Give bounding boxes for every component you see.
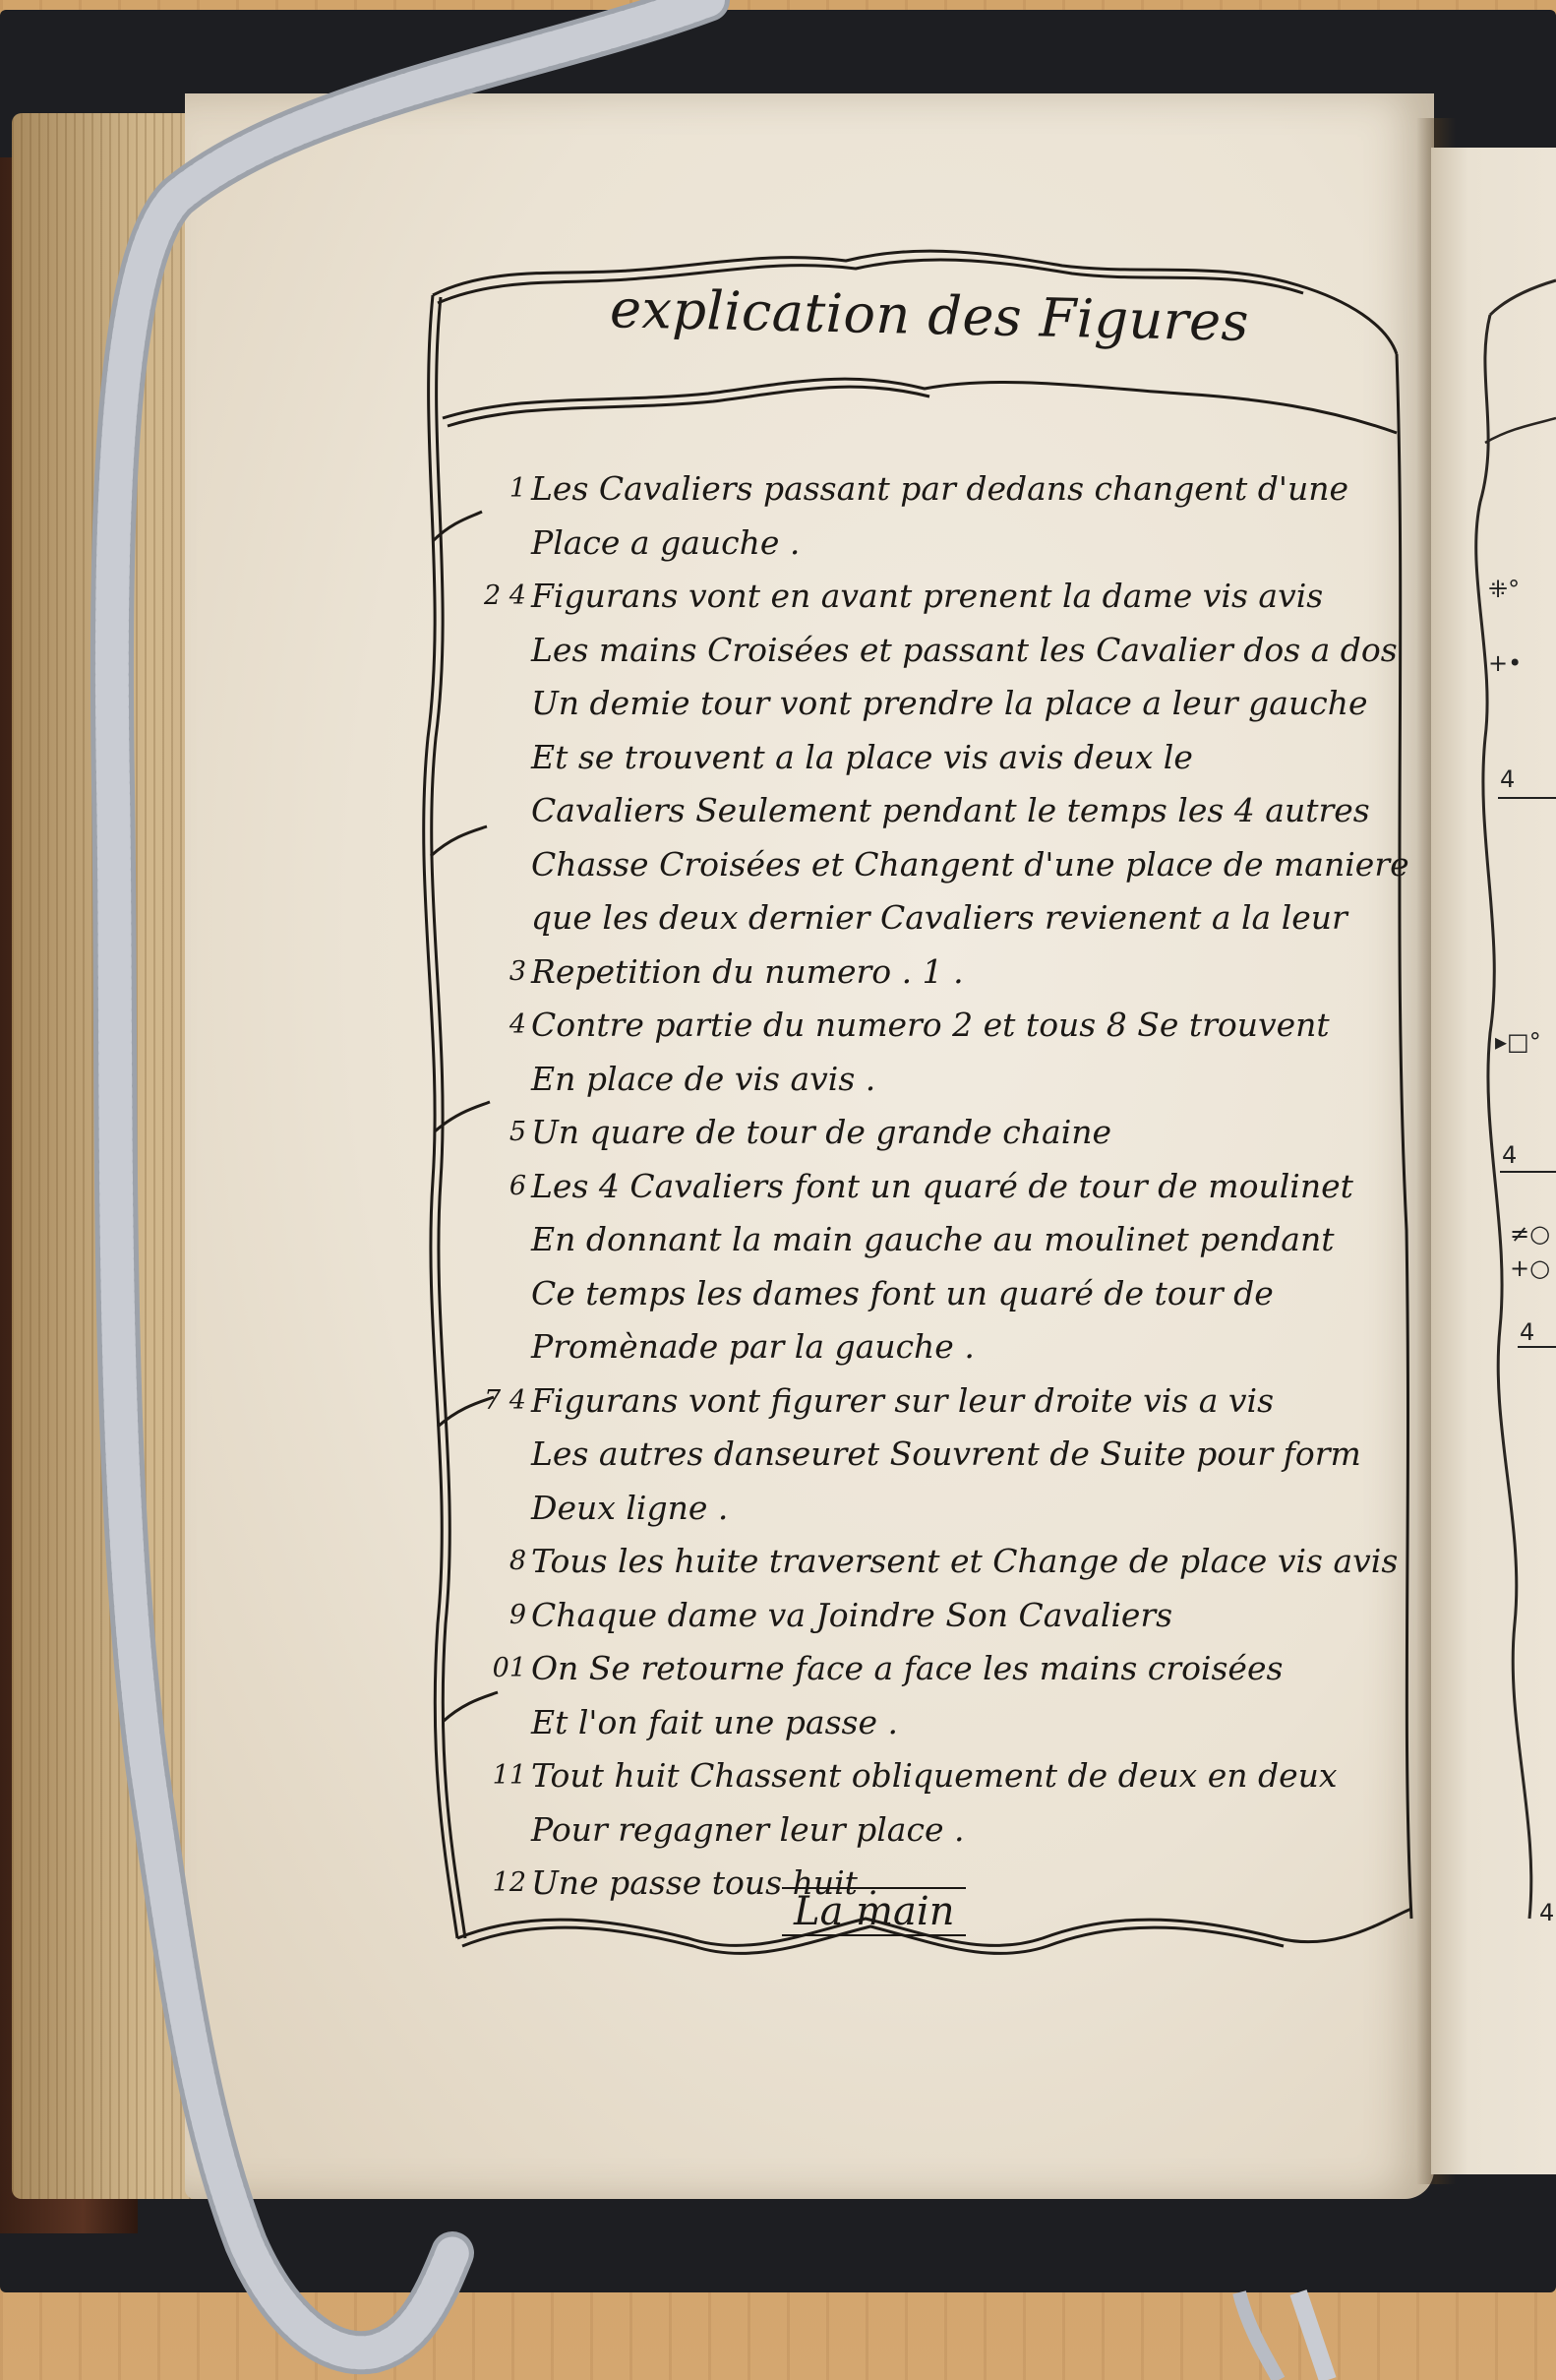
list-item-continuation: Et l'on fait une passe .: [448, 1696, 1421, 1750]
entry-number: 5: [448, 1106, 526, 1159]
entry-text: Figurans vont figurer sur leur droite vi…: [531, 1374, 1274, 1428]
right-page-frame: [1431, 148, 1556, 2174]
entry-text: En donnant la main gauche au moulinet pe…: [531, 1213, 1335, 1266]
list-item-continuation: Ce temps les dames font un quaré de tour…: [448, 1267, 1421, 1321]
entry-text: En place de vis avis .: [531, 1053, 875, 1106]
entry-text: Repetition du numero . 1 .: [531, 946, 964, 999]
entry-number: 6: [448, 1160, 526, 1213]
entry-number: 01: [448, 1642, 526, 1695]
entry-text: On Se retourne face a face les mains cro…: [531, 1642, 1283, 1695]
entry-text: Promènade par la gauche .: [531, 1320, 975, 1373]
entry-text: Et se trouvent a la place vis avis deux …: [531, 731, 1193, 784]
list-item: 1 Les Cavaliers passant par dedans chang…: [448, 462, 1421, 517]
entry-text: Les Cavaliers passant par dedans changen…: [531, 462, 1348, 516]
entry-number: 1: [448, 462, 526, 516]
entry-text: Pour regagner leur place .: [531, 1803, 964, 1857]
entry-text: Les 4 Cavaliers font un quaré de tour de…: [531, 1160, 1353, 1213]
list-item: 3 Repetition du numero . 1 .: [448, 946, 1421, 1000]
entry-text: Cavaliers Seulement pendant le temps les…: [531, 784, 1370, 837]
entry-text: Chasse Croisées et Changent d'une place …: [531, 838, 1409, 891]
list-item: 11 Tout huit Chassent obliquement de deu…: [448, 1749, 1421, 1803]
entry-text: Place a gauche .: [531, 517, 800, 570]
entry-number: 2 4: [448, 570, 526, 623]
entry-text: Figurans vont en avant prenent la dame v…: [531, 570, 1323, 623]
list-item-continuation: Pour regagner leur place .: [448, 1803, 1421, 1858]
list-item-continuation: En place de vis avis .: [448, 1053, 1421, 1107]
list-item-continuation: que les deux dernier Cavaliers revienent…: [448, 891, 1421, 946]
list-item-continuation: Les mains Croisées et passant les Cavali…: [448, 624, 1421, 678]
list-item-continuation: Promènade par la gauche .: [448, 1320, 1421, 1374]
entry-number: 4: [448, 999, 526, 1052]
list-item: 9 Chaque dame va Joindre Son Cavaliers: [448, 1589, 1421, 1643]
list-item-continuation: Place a gauche .: [448, 517, 1421, 571]
entry-text: Et l'on fait une passe .: [531, 1696, 898, 1749]
list-item: 4 Contre partie du numero 2 et tous 8 Se…: [448, 999, 1421, 1053]
list-item: 7 4 Figurans vont figurer sur leur droit…: [448, 1374, 1421, 1429]
list-item-continuation: Chasse Croisées et Changent d'une place …: [448, 838, 1421, 892]
closing-heading: La main: [782, 1887, 966, 1936]
entry-text: Deux ligne .: [531, 1482, 728, 1535]
list-item-continuation: En donnant la main gauche au moulinet pe…: [448, 1213, 1421, 1267]
list-item-continuation: Cavaliers Seulement pendant le temps les…: [448, 784, 1421, 838]
entry-text: Chaque dame va Joindre Son Cavaliers: [531, 1589, 1172, 1642]
entry-text: Un quare de tour de grande chaine: [531, 1106, 1111, 1159]
entry-text: Les mains Croisées et passant les Cavali…: [531, 624, 1398, 677]
list-item-continuation: Un demie tour vont prendre la place a le…: [448, 677, 1421, 731]
entry-number: 3: [448, 946, 526, 999]
figure-explanations-list: 1 Les Cavaliers passant par dedans chang…: [448, 462, 1421, 1911]
entry-text: Contre partie du numero 2 et tous 8 Se t…: [531, 999, 1330, 1052]
entry-text: Tout huit Chassent obliquement de deux e…: [531, 1749, 1338, 1802]
list-item: 5 Un quare de tour de grande chaine: [448, 1106, 1421, 1160]
list-item: 6 Les 4 Cavaliers font un quaré de tour …: [448, 1160, 1421, 1214]
entry-text: que les deux dernier Cavaliers revienent…: [531, 891, 1347, 945]
entry-number: 8: [448, 1535, 526, 1588]
entry-number: 11: [448, 1749, 526, 1802]
list-item: 8 Tous les huite traversent et Change de…: [448, 1535, 1421, 1589]
list-item-continuation: Les autres danseuret Souvrent de Suite p…: [448, 1428, 1421, 1482]
list-item: 2 4 Figurans vont en avant prenent la da…: [448, 570, 1421, 624]
right-page: ⁜° +• 4 ▸□° 4 ≠○ +○ 4 4: [1431, 148, 1556, 2174]
entry-text: Tous les huite traversent et Change de p…: [531, 1535, 1398, 1588]
entry-number: 9: [448, 1589, 526, 1642]
entry-number: 12: [448, 1857, 526, 1910]
list-item-continuation: Et se trouvent a la place vis avis deux …: [448, 731, 1421, 785]
entry-text: Ce temps les dames font un quaré de tour…: [531, 1267, 1274, 1320]
entry-number: 7 4: [448, 1374, 526, 1428]
list-item: 01 On Se retourne face a face les mains …: [448, 1642, 1421, 1696]
entry-text: Un demie tour vont prendre la place a le…: [531, 677, 1368, 730]
list-item-continuation: Deux ligne .: [448, 1482, 1421, 1536]
entry-text: Les autres danseuret Souvrent de Suite p…: [531, 1428, 1361, 1481]
